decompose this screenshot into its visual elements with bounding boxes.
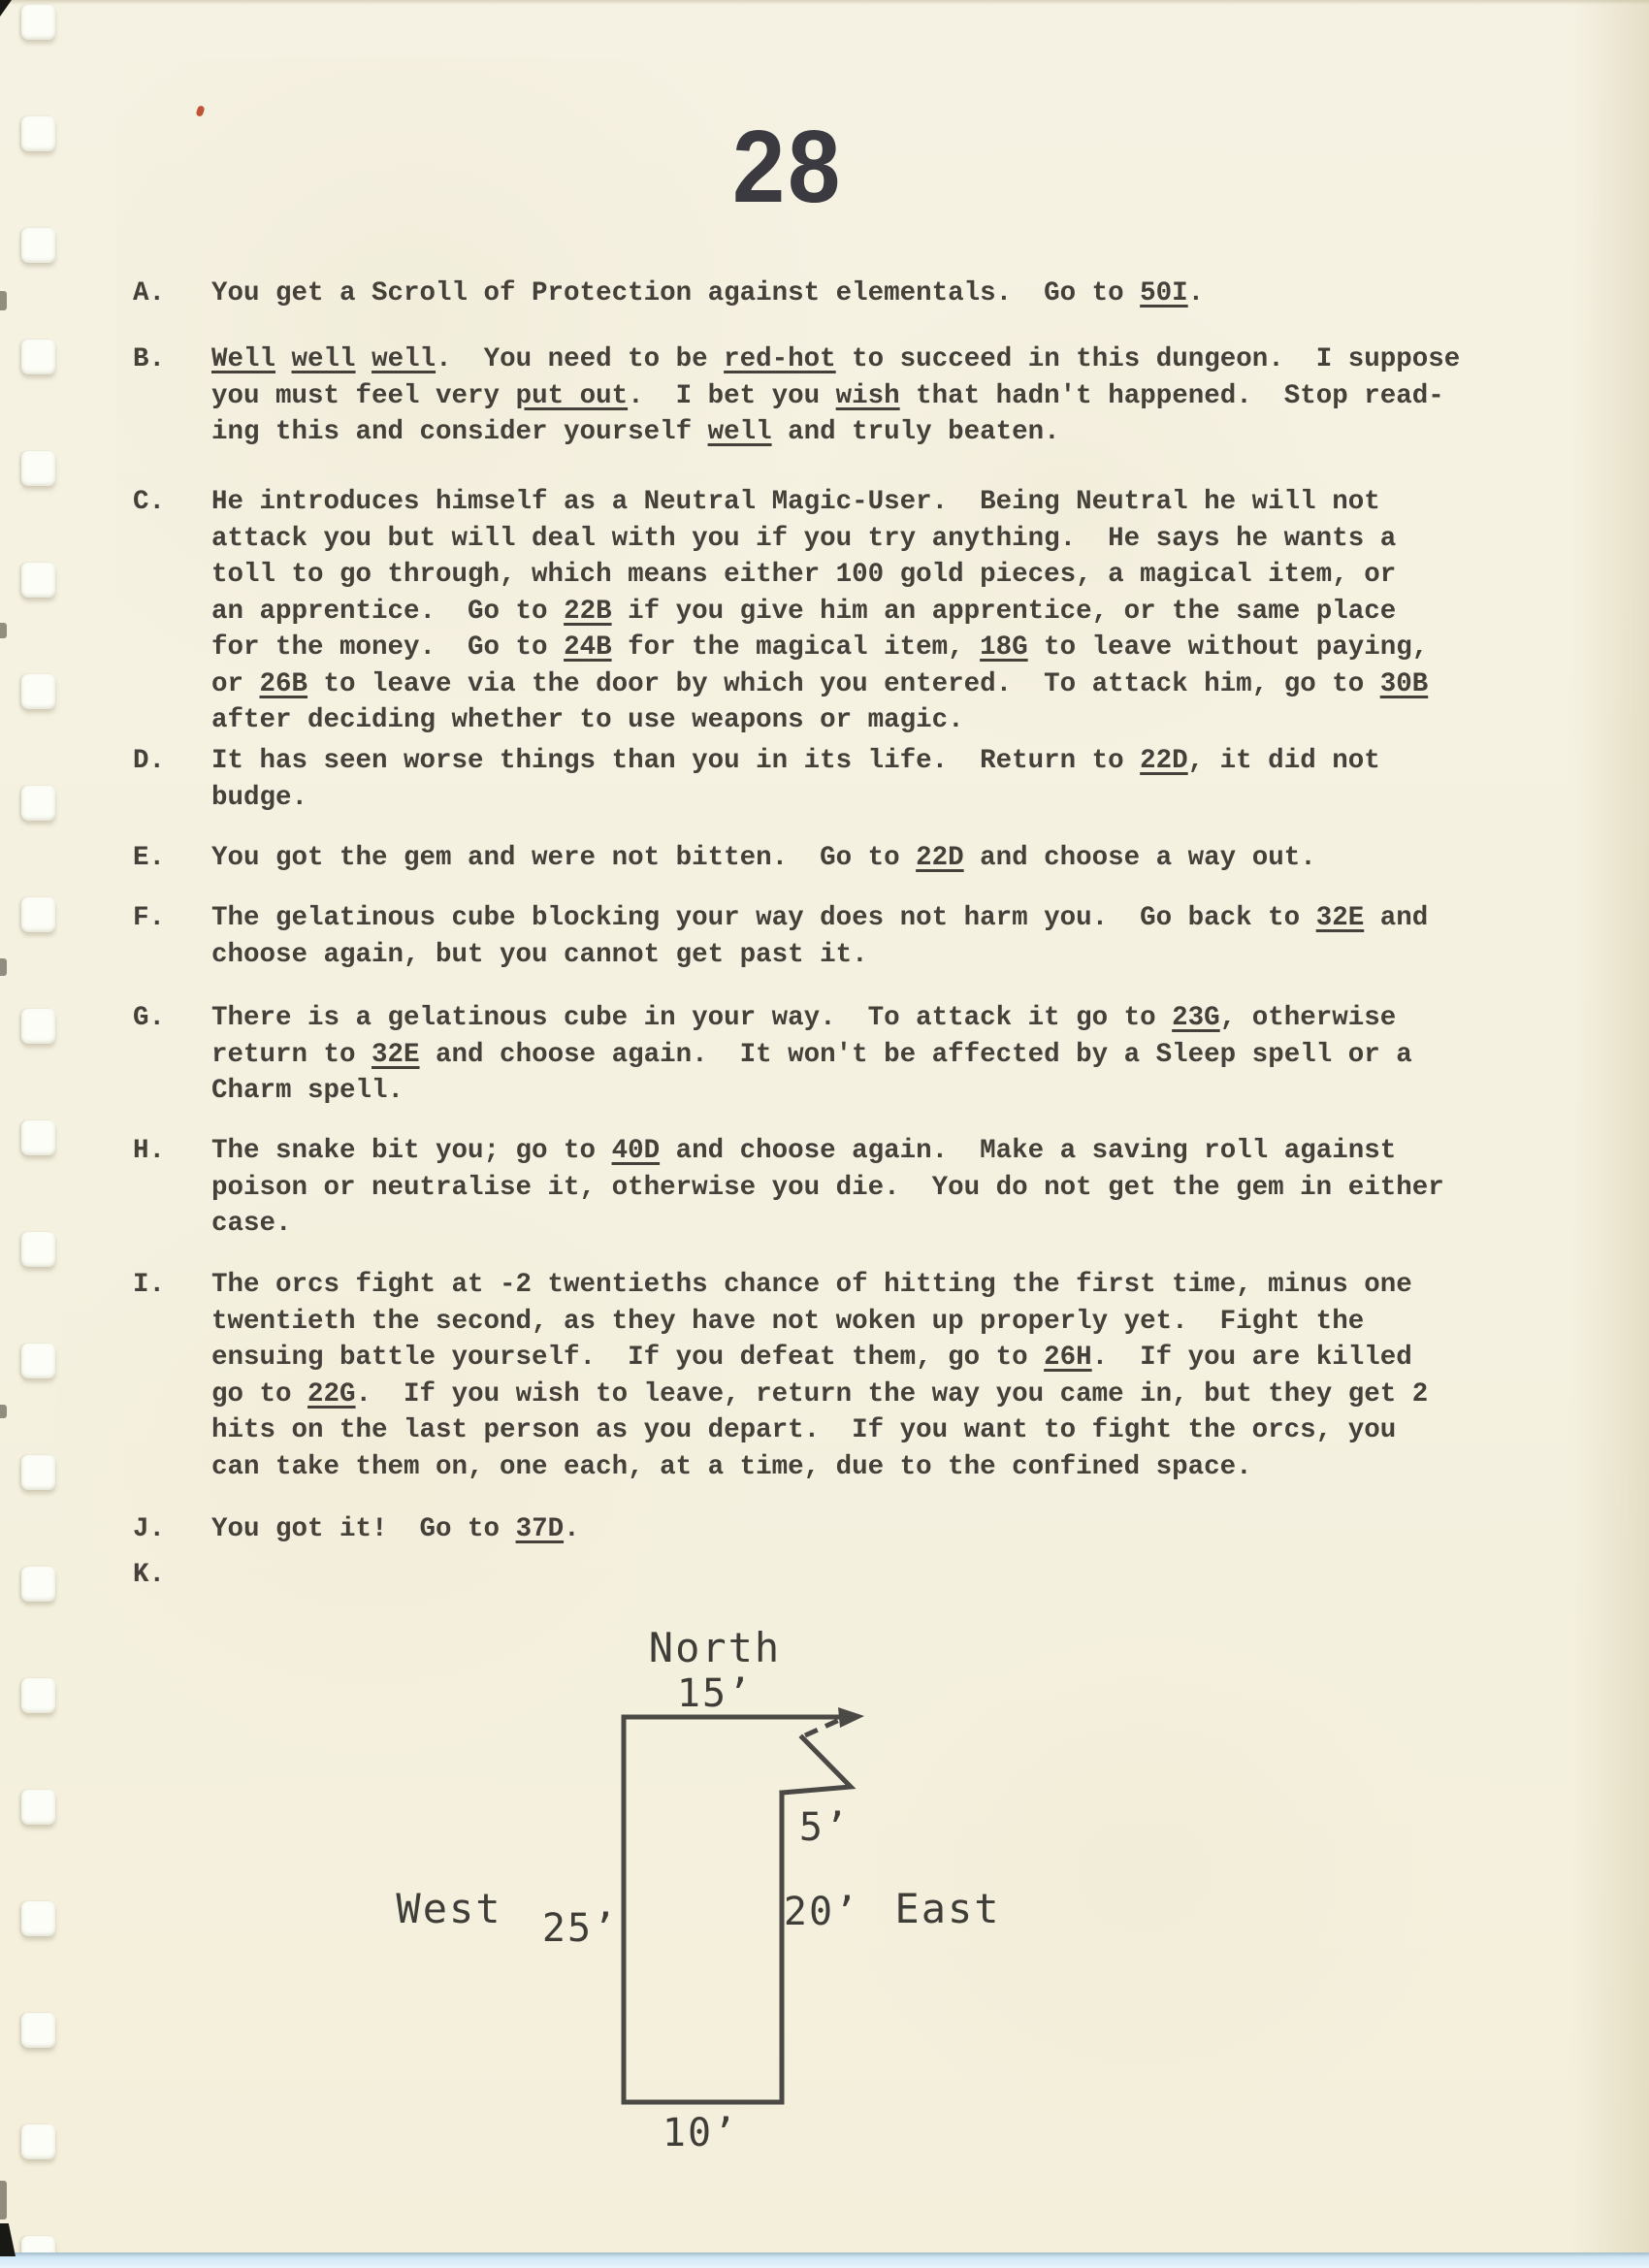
paragraph-text: You get a Scroll of Protection against e… xyxy=(211,275,1204,312)
binding-hole xyxy=(21,2013,55,2048)
text-line: return to 32E and choose again. It won't… xyxy=(211,1037,1412,1074)
section-reference: 22B xyxy=(564,597,612,627)
text-line: ing this and consider yourself well and … xyxy=(211,414,1460,451)
page-edge-mark xyxy=(0,1405,7,1418)
section-reference: 22D xyxy=(916,843,964,873)
text-line: can take them on, one each, at a time, d… xyxy=(211,1449,1428,1486)
text-line: after deciding whether to use weapons or… xyxy=(211,702,1428,739)
section-reference: 24B xyxy=(564,632,612,663)
scan-bottom-edge xyxy=(0,2252,1649,2268)
text-line: You got it! Go to 37D. xyxy=(211,1511,580,1548)
text-line: attack you but will deal with you if you… xyxy=(211,521,1428,558)
paragraph-text: Well well well. You need to be red-hot t… xyxy=(211,341,1460,451)
paragraph-letter: H. xyxy=(133,1133,211,1243)
text-line: There is a gelatinous cube in your way. … xyxy=(211,1000,1412,1037)
paragraph-letter: A. xyxy=(133,275,211,312)
paragraph-K: K. xyxy=(133,1557,211,1594)
map-label-notch-length: 5’ xyxy=(799,1805,850,1850)
binding-hole xyxy=(21,1120,55,1155)
paragraph-letter: C. xyxy=(133,484,211,739)
text-line: It has seen worse things than you in its… xyxy=(211,743,1380,780)
text-line: The orcs fight at -2 twentieths chance o… xyxy=(211,1267,1428,1304)
text-line: You get a Scroll of Protection against e… xyxy=(211,275,1204,312)
map-label-east: East xyxy=(894,1885,1000,1932)
binding-hole xyxy=(21,674,55,709)
paragraph-B: B.Well well well. You need to be red-hot… xyxy=(133,341,1460,451)
text-line: Charm spell. xyxy=(211,1073,1412,1110)
section-reference: red-hot xyxy=(724,344,836,374)
paragraph-letter: D. xyxy=(133,743,211,816)
paragraph-letter: I. xyxy=(133,1267,211,1485)
section-reference: 30B xyxy=(1380,669,1429,699)
binding-hole xyxy=(21,786,55,821)
paragraph-C: C.He introduces himself as a Neutral Mag… xyxy=(133,484,1428,739)
text-line: choose again, but you cannot get past it… xyxy=(211,937,1428,974)
corner-shadow xyxy=(0,2223,16,2256)
page-right-edge-shadow xyxy=(1571,0,1649,2268)
text-line: The gelatinous cube blocking your way do… xyxy=(211,900,1428,937)
paragraph-letter: J. xyxy=(133,1511,211,1548)
paragraph-I: I.The orcs fight at -2 twentieths chance… xyxy=(133,1267,1428,1485)
text-line: Well well well. You need to be red-hot t… xyxy=(211,341,1460,378)
section-reference: put out xyxy=(516,381,629,411)
corner-shadow xyxy=(0,0,12,16)
paragraph-H: H.The snake bit you; go to 40D and choos… xyxy=(133,1133,1444,1243)
text-line: or 26B to leave via the door by which yo… xyxy=(211,666,1428,703)
text-line: hits on the last person as you depart. I… xyxy=(211,1412,1428,1449)
text-line: The snake bit you; go to 40D and choose … xyxy=(211,1133,1444,1170)
text-line: for the money. Go to 24B for the magical… xyxy=(211,630,1428,666)
map-label-east-length: 20’ xyxy=(784,1890,859,1934)
paragraph-F: F.The gelatinous cube blocking your way … xyxy=(133,900,1428,973)
paragraph-J: J.You got it! Go to 37D. xyxy=(133,1511,580,1548)
section-reference: 32E xyxy=(1316,903,1365,933)
paragraph-letter: F. xyxy=(133,900,211,973)
section-reference: 37D xyxy=(516,1514,565,1544)
binding-hole xyxy=(21,1901,55,1936)
page-edge-mark xyxy=(0,623,7,638)
paragraph-letter: B. xyxy=(133,341,211,451)
binding-hole xyxy=(21,1790,55,1825)
paragraph-text: The gelatinous cube blocking your way do… xyxy=(211,900,1428,973)
text-line: go to 22G. If you wish to leave, return … xyxy=(211,1377,1428,1413)
map-label-south-length: 10’ xyxy=(663,2111,738,2155)
ink-speck xyxy=(195,105,205,117)
binding-hole xyxy=(21,1455,55,1490)
text-line: twentieth the second, as they have not w… xyxy=(211,1304,1428,1341)
paragraph-E: E.You got the gem and were not bitten. G… xyxy=(133,840,1316,877)
text-line: ensuing battle yourself. If you defeat t… xyxy=(211,1340,1428,1377)
binding-hole xyxy=(21,5,55,40)
paragraph-text: You got the gem and were not bitten. Go … xyxy=(211,840,1316,877)
page-edge-mark xyxy=(0,958,7,976)
text-line: case. xyxy=(211,1206,1444,1243)
paragraph-letter: G. xyxy=(133,1000,211,1110)
paragraph-text: There is a gelatinous cube in your way. … xyxy=(211,1000,1412,1110)
text-line: He introduces himself as a Neutral Magic… xyxy=(211,484,1428,521)
binding-hole xyxy=(21,1344,55,1378)
binding-hole xyxy=(21,1232,55,1267)
paragraph-text: It has seen worse things than you in its… xyxy=(211,743,1380,816)
binding-hole xyxy=(21,451,55,486)
map-label-west-length: 25’ xyxy=(542,1906,618,1951)
paragraph-text: The orcs fight at -2 twentieths chance o… xyxy=(211,1267,1428,1485)
text-line: toll to go through, which means either 1… xyxy=(211,557,1428,594)
text-line: You got the gem and were not bitten. Go … xyxy=(211,840,1316,877)
map-label-north: North xyxy=(649,1624,781,1671)
paragraph-A: A.You get a Scroll of Protection against… xyxy=(133,275,1204,312)
paragraph-letter: E. xyxy=(133,840,211,877)
section-reference: 18G xyxy=(980,632,1028,663)
binding-hole xyxy=(21,1678,55,1713)
section-reference: wish xyxy=(836,381,900,411)
door-arrowhead xyxy=(838,1707,864,1728)
binding-hole xyxy=(21,1567,55,1602)
section-reference: well xyxy=(292,344,356,374)
page-edge-mark xyxy=(0,291,7,310)
text-line: you must feel very put out. I bet you wi… xyxy=(211,378,1460,415)
room-notch xyxy=(782,1737,851,1793)
binding-hole xyxy=(21,228,55,263)
scanned-gamebook-page: 28 A.You get a Scroll of Protection agai… xyxy=(0,0,1649,2268)
map-label-west: West xyxy=(396,1885,501,1932)
section-reference: 22D xyxy=(1140,746,1188,776)
binding-hole xyxy=(21,563,55,598)
section-reference: 22G xyxy=(307,1379,356,1409)
binding-hole xyxy=(21,116,55,151)
section-reference: 26B xyxy=(260,669,308,699)
section-reference: 32E xyxy=(372,1040,420,1070)
binding-hole xyxy=(21,897,55,932)
text-line: an apprentice. Go to 22B if you give him… xyxy=(211,594,1428,631)
paragraph-G: G.There is a gelatinous cube in your way… xyxy=(133,1000,1412,1110)
page-number: 28 xyxy=(726,109,851,226)
section-reference: 50I xyxy=(1140,278,1188,308)
paragraph-text: The snake bit you; go to 40D and choose … xyxy=(211,1133,1444,1243)
paragraph-D: D.It has seen worse things than you in i… xyxy=(133,743,1380,816)
section-reference: 23G xyxy=(1172,1003,1220,1033)
text-line: poison or neutralise it, otherwise you d… xyxy=(211,1170,1444,1207)
dungeon-map: North 15’ 5’ 20’ East West 25’ 10’ xyxy=(369,1601,1086,2202)
section-reference: Well xyxy=(211,344,275,374)
section-reference: 40D xyxy=(612,1136,661,1166)
text-line: budge. xyxy=(211,780,1380,817)
paragraph-letter: K. xyxy=(133,1557,211,1594)
section-reference: well xyxy=(708,417,772,447)
paragraph-text: He introduces himself as a Neutral Magic… xyxy=(211,484,1428,739)
page-top-edge xyxy=(0,0,1649,5)
map-label-north-length: 15’ xyxy=(677,1671,753,1716)
section-reference: 26H xyxy=(1044,1343,1092,1373)
section-reference: well xyxy=(372,344,436,374)
binding-hole xyxy=(21,2124,55,2159)
paragraph-text: You got it! Go to 37D. xyxy=(211,1511,580,1548)
binding-hole xyxy=(21,1009,55,1044)
page-edge-mark xyxy=(0,2181,7,2219)
binding-hole xyxy=(21,340,55,374)
